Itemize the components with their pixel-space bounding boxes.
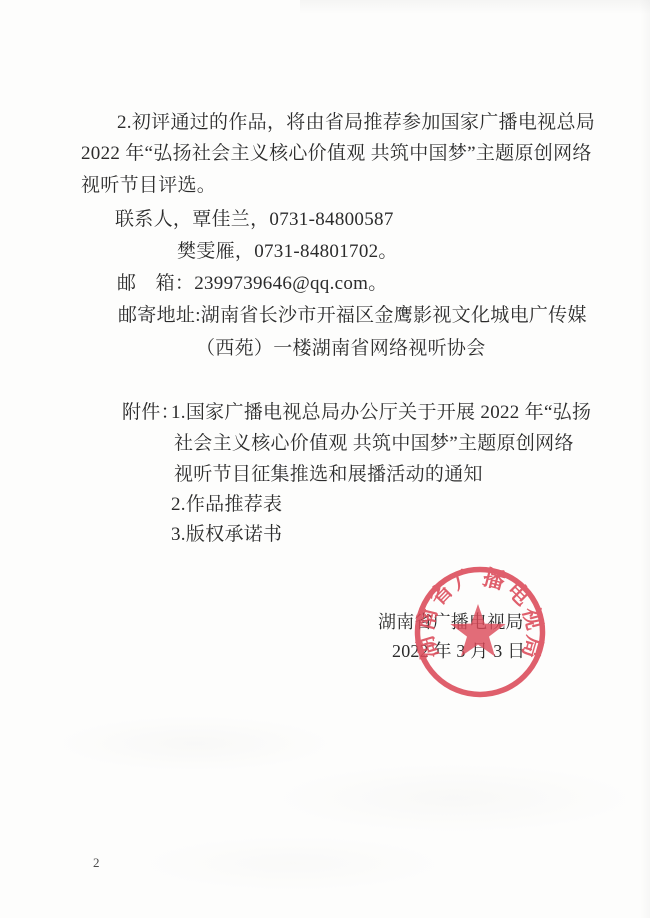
mailing-address-label: 邮寄地址: — [118, 305, 201, 326]
paragraph-line-1: 2.初评通过的作品，将由省局推荐参加国家广播电视总局 — [117, 112, 595, 134]
scan-artifact-right — [640, 0, 650, 918]
mailing-address-line-1: 邮寄地址:湖南省长沙市开福区金鹰影视文化城电广传媒 — [118, 305, 587, 327]
contact-person-line-1: 联系人，覃佳兰，0731-84800587 — [115, 209, 394, 231]
contact-email-line: 邮 箱：2399739646@qq.com。 — [117, 273, 388, 295]
issue-date: 2022 年 3 月 3 日 — [392, 641, 525, 662]
issuing-organization: 湖南省广播电视局 — [378, 612, 524, 633]
contact-person-line-2: 樊雯雁，0731-84801702。 — [177, 241, 398, 263]
paragraph-line-3: 视听节目评选。 — [81, 175, 216, 197]
attachment-item1-line-2: 社会主义核心价值观 共筑中国梦”主题原创网络 — [174, 433, 574, 455]
scan-artifact-bottom — [0, 700, 650, 918]
attachment-item3: 3.版权承诺书 — [171, 524, 282, 546]
attachment-item2: 2.作品推荐表 — [171, 494, 282, 516]
mailing-address-line-2: （西苑）一楼湖南省网络视听协会 — [196, 338, 486, 360]
page-number: 2 — [93, 855, 100, 871]
attachment-item1-line-1: 1.国家广播电视总局办公厅关于开展 2022 年“弘扬 — [171, 402, 591, 424]
attachment-item1-line-3: 视听节目征集推选和展播活动的通知 — [174, 464, 483, 486]
scan-artifact-top — [300, 0, 650, 14]
paragraph-line-2: 2022 年“弘扬社会主义核心价值观 共筑中国梦”主题原创网络 — [81, 143, 592, 165]
scanned-document-page: 2.初评通过的作品，将由省局推荐参加国家广播电视总局 2022 年“弘扬社会主义… — [0, 0, 650, 918]
mailing-address-text: 湖南省长沙市开福区金鹰影视文化城电广传媒 — [201, 305, 587, 326]
